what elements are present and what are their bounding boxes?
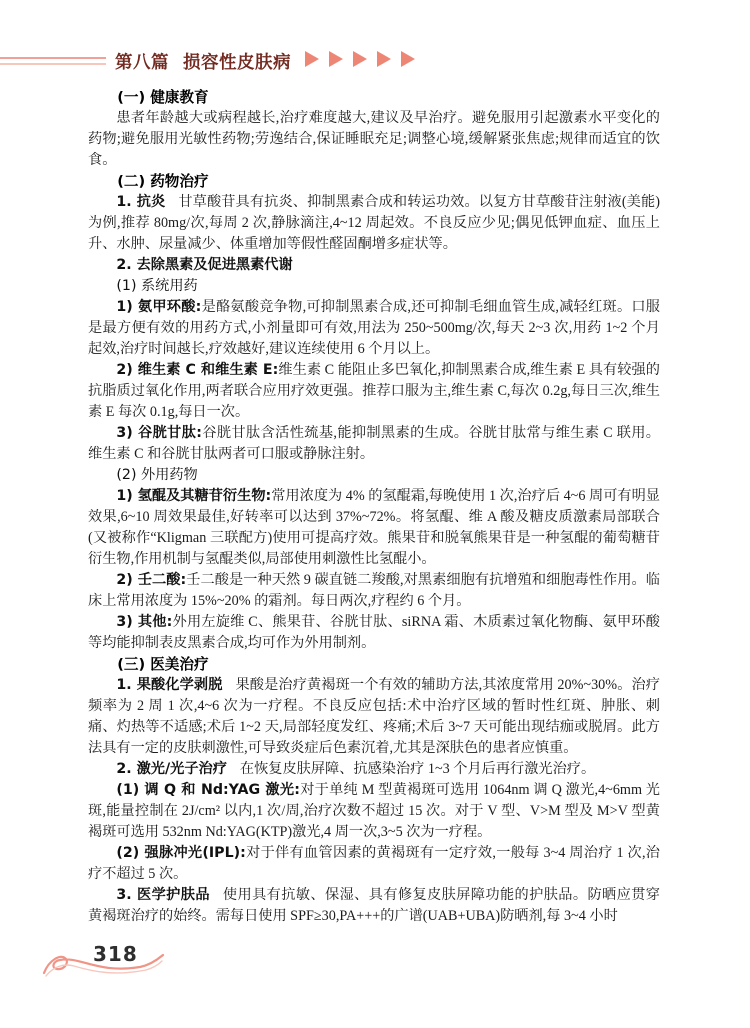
page-number: 318 (93, 942, 138, 966)
term-label: 2) 壬二酸: (116, 572, 186, 588)
paragraph: 3. 医学护肤品使用具有抗敏、保湿、具有修复皮肤屏障功能的护肤品。防晒应贯穿黄褐… (88, 885, 660, 927)
term-label: 2. 激光/光子治疗 (116, 761, 227, 777)
running-header: 第八篇损容性皮肤病 (115, 48, 417, 74)
paragraph: 2) 壬二酸:壬二酸是一种天然 9 碳直链二羧酸,对黑素细胞有抗增殖和细胞毒性作… (88, 570, 660, 612)
section-heading: (二) 药物治疗 (88, 171, 660, 192)
term-label: 2. 去除黑素及促进黑素代谢 (116, 257, 292, 273)
term-label: 1. 抗炎 (116, 194, 165, 210)
chapter-name: 损容性皮肤病 (183, 53, 291, 73)
term-label: (1) 调 Q 和 Nd:YAG 激光: (116, 782, 300, 798)
paragraph: 患者年龄越大或病程越长,治疗难度越大,建议及早治疗。避免服用引起激素水平变化的药… (88, 108, 660, 171)
sub-heading: (1) 系统用药 (88, 276, 660, 297)
term-label: 2) 维生素 C 和维生素 E: (116, 362, 278, 378)
term-label: 1. 果酸化学剥脱 (116, 677, 222, 693)
paragraph: (2) 强脉冲光(IPL):对于伴有血管因素的黄褐斑有一定疗效,一般每 3~4 … (88, 843, 660, 885)
section-heading: (一) 健康教育 (88, 87, 660, 108)
paragraph: 1. 果酸化学剥脱果酸是治疗黄褐斑一个有效的辅助方法,其浓度常用 20%~30%… (88, 675, 660, 759)
sub-heading: (2) 外用药物 (88, 465, 660, 486)
section-heading: (三) 医美治疗 (88, 654, 660, 675)
header-rule-bottom (0, 63, 106, 65)
term-label: 3) 其他: (116, 614, 172, 630)
paragraph: 3) 其他:外用左旋维 C、熊果苷、谷胱甘肽、siRNA 霜、木质素过氧化物酶、… (88, 612, 660, 654)
paragraph: 2. 激光/光子治疗在恢复皮肤屏障、抗感染治疗 1~3 个月后再行激光治疗。 (88, 759, 660, 780)
term-label: 1) 氨甲环酸: (116, 299, 201, 315)
page-body: (一) 健康教育 患者年龄越大或病程越长,治疗难度越大,建议及早治疗。避免服用引… (88, 87, 660, 927)
part-label: 第八篇 (115, 53, 169, 73)
header-double-rule (0, 57, 106, 65)
header-rule-top (0, 57, 106, 59)
paragraph: 3) 谷胱甘肽:谷胱甘肽含活性巯基,能抑制黑素的生成。谷胱甘肽常与维生素 C 联… (88, 423, 660, 465)
paragraph-text: 在恢复皮肤屏障、抗感染治疗 1~3 个月后再行激光治疗。 (240, 761, 595, 777)
paragraph: 2) 维生素 C 和维生素 E:维生素 C 能阻止多巴氧化,抑制黑素合成,维生素… (88, 360, 660, 423)
term-label: (2) 强脉冲光(IPL): (116, 845, 245, 861)
paragraph: (1) 调 Q 和 Nd:YAG 激光:对于单纯 M 型黄褐斑可选用 1064n… (88, 780, 660, 843)
term-label: 3) 谷胱甘肽: (116, 425, 202, 441)
term-label: 1) 氢醌及其糖苷衍生物: (116, 488, 271, 504)
chapter-title: 第八篇损容性皮肤病 (115, 49, 291, 74)
paragraph: 1. 抗炎甘草酸苷具有抗炎、抑制黑素合成和转运功效。以复方甘草酸苷注射液(美能)… (88, 192, 660, 255)
forward-arrows-icon (305, 50, 417, 73)
term-label: 3. 医学护肤品 (116, 887, 210, 903)
paragraph: 1) 氢醌及其糖苷衍生物:常用浓度为 4% 的氢醌霜,每晚使用 1 次,治疗后 … (88, 486, 660, 570)
paragraph-text: 外用左旋维 C、熊果苷、谷胱甘肽、siRNA 霜、木质素过氧化物酶、氨甲环酸等均… (88, 614, 660, 651)
paragraph: 2. 去除黑素及促进黑素代谢 (88, 255, 660, 276)
paragraph-text: 甘草酸苷具有抗炎、抑制黑素合成和转运功效。以复方甘草酸苷注射液(美能)为例,推荐… (88, 194, 660, 252)
paragraph: 1) 氨甲环酸:是酪氨酸竞争物,可抑制黑素合成,还可抑制毛细血管生成,减轻红斑。… (88, 297, 660, 360)
book-page: 第八篇损容性皮肤病 (一) 健康教育 患者年龄越大或病程越长,治疗难度越大,建议… (0, 0, 750, 1028)
